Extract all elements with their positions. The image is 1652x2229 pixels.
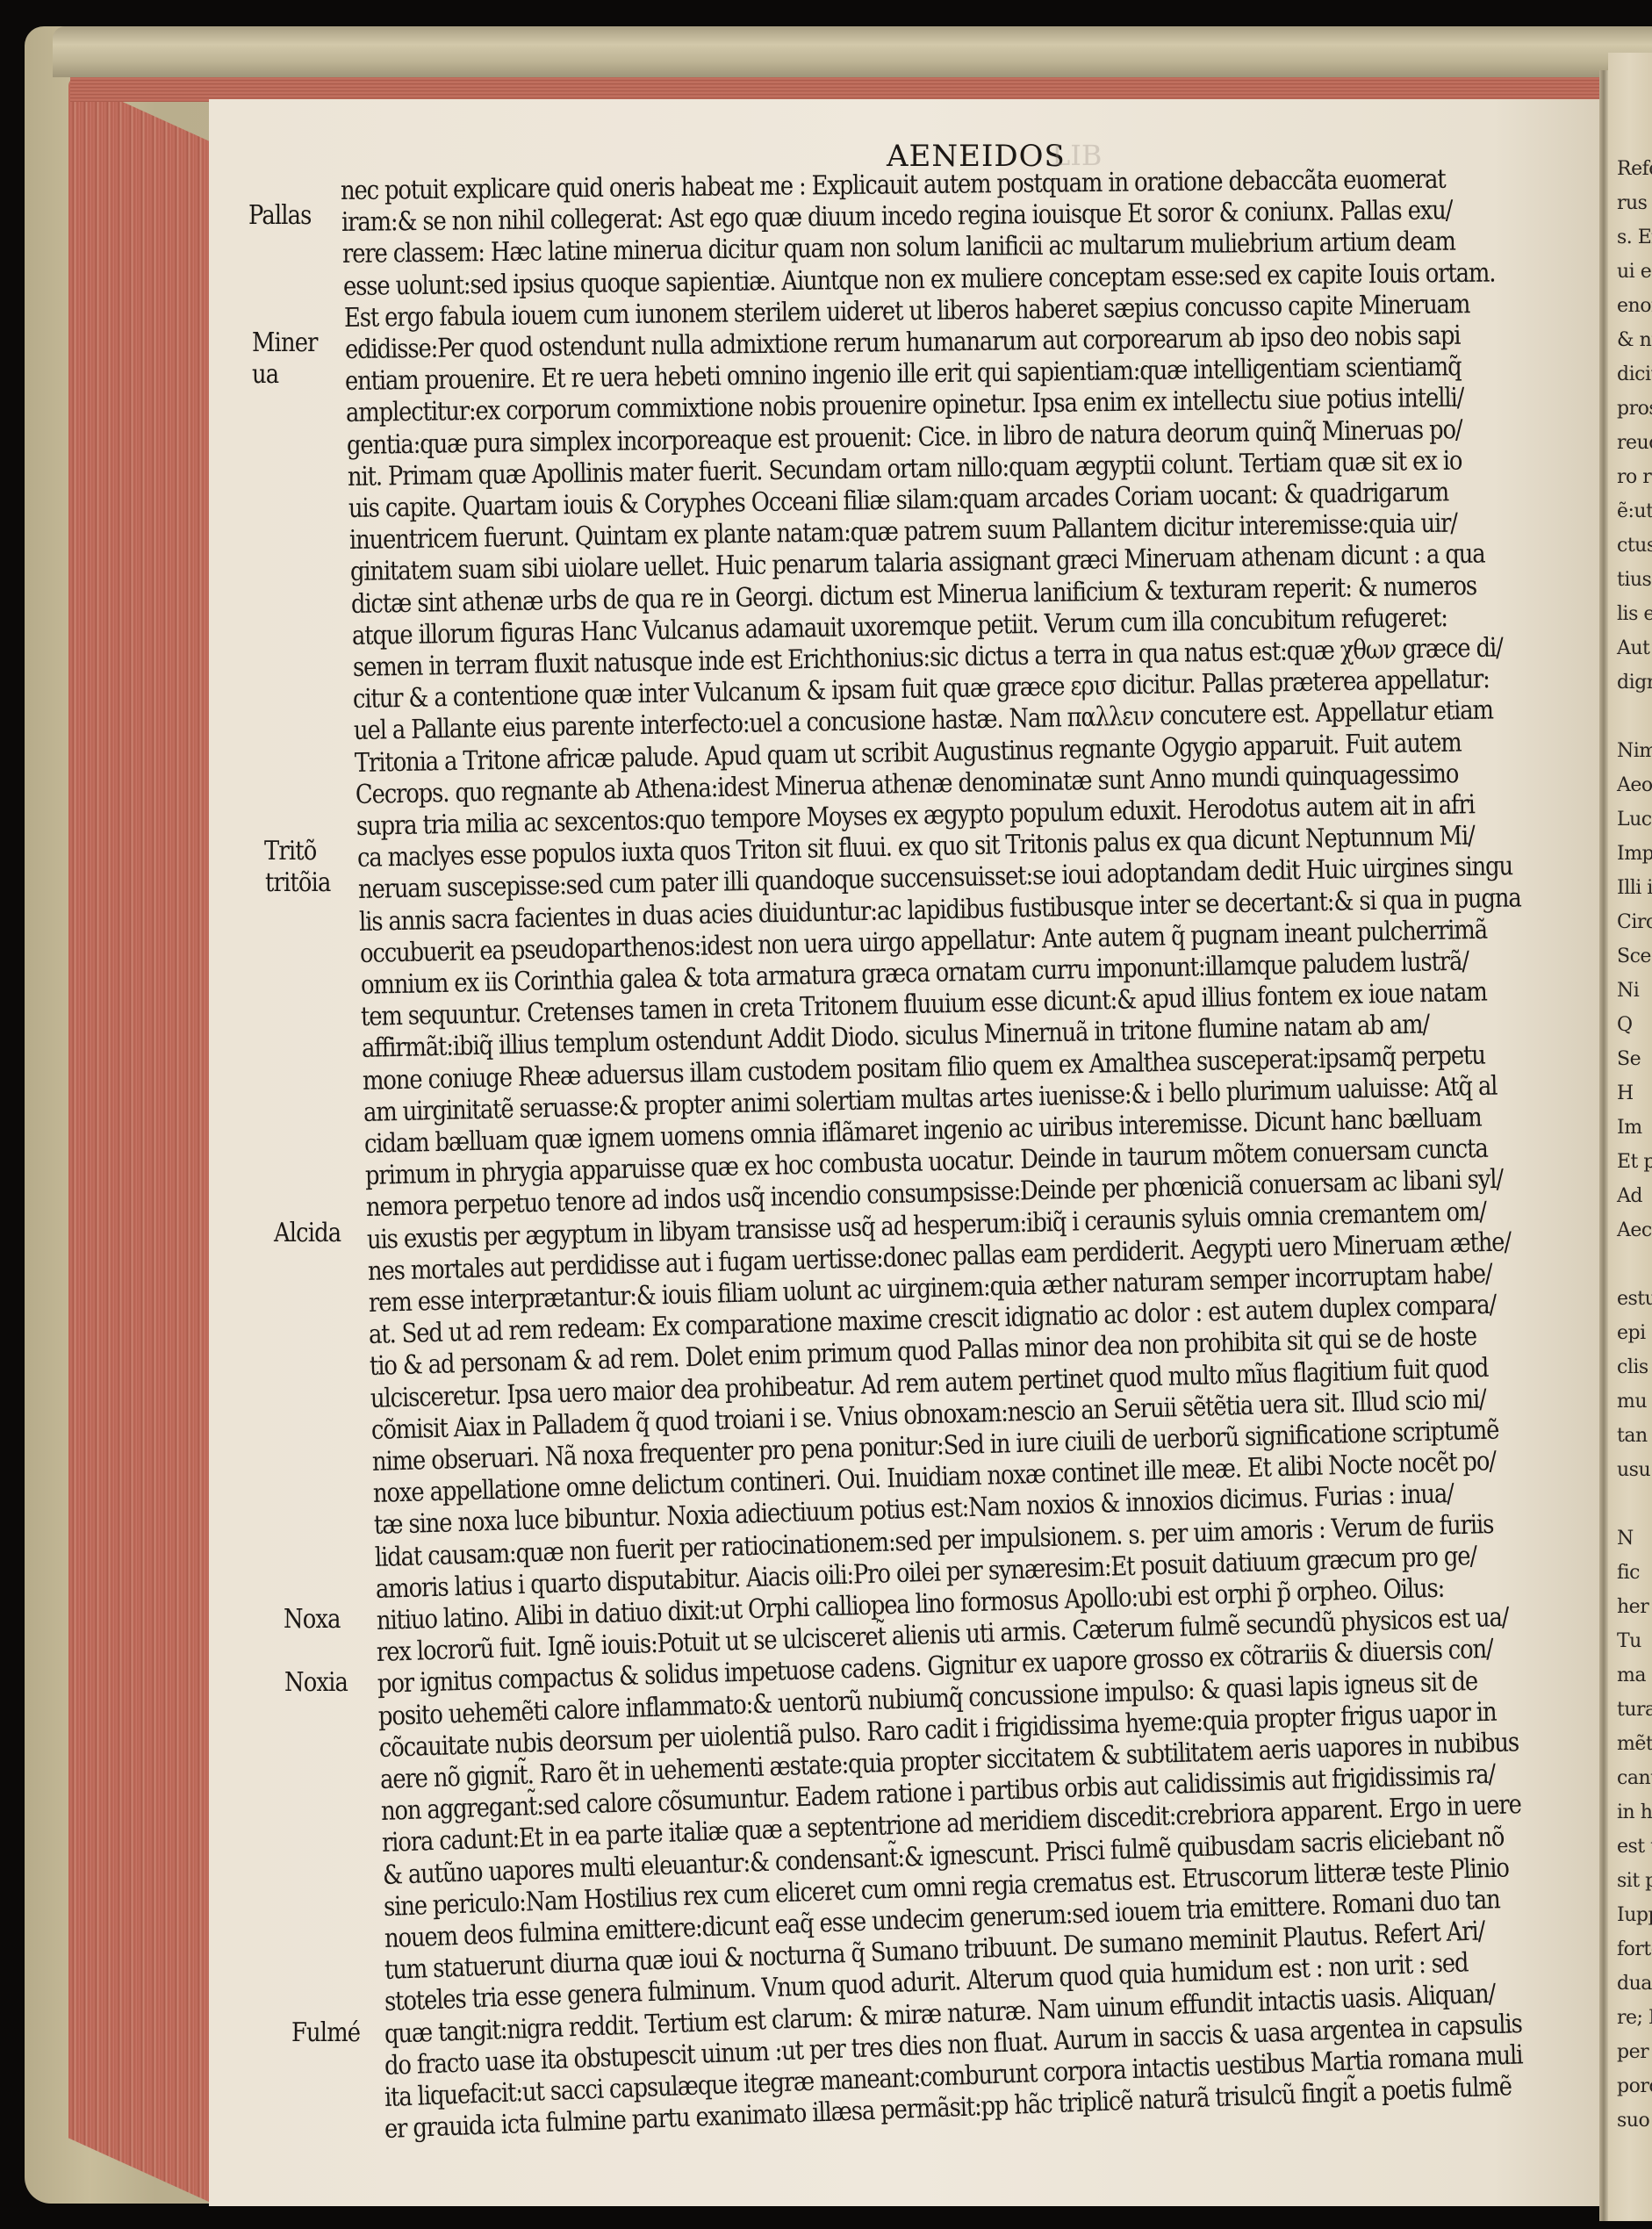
- facing-page-text-fragment: reuoluti: [1617, 432, 1652, 454]
- facing-page-text-fragment: Aut m: [1617, 637, 1652, 659]
- red-fore-edge-page-block: [68, 77, 209, 2202]
- facing-page-text-fragment: mẽt: [1617, 1733, 1652, 1755]
- facing-page-text-fragment: Illi in: [1617, 877, 1652, 899]
- facing-page-text-fragment: Se: [1617, 1048, 1641, 1070]
- facing-page-text-fragment: est tr: [1617, 1836, 1652, 1858]
- book-gutter: [1599, 70, 1608, 2221]
- facing-page-text-fragment: ui est sin: [1617, 261, 1652, 283]
- facing-page-text-fragment: Luct: [1617, 809, 1652, 830]
- facing-page-text-fragment: Et p: [1617, 1151, 1652, 1173]
- facing-page-text-fragment: N: [1617, 1528, 1634, 1550]
- red-top-edge: [70, 77, 1615, 102]
- marginal-note: ua: [252, 359, 278, 390]
- facing-page-text-fragment: dignat: [1617, 672, 1652, 694]
- facing-page-text-fragment: tan: [1617, 1425, 1648, 1447]
- facing-page-text-fragment: Aeol: [1617, 774, 1652, 796]
- facing-page-text-fragment: Imp: [1617, 843, 1652, 865]
- facing-page-text-fragment: Circ: [1617, 911, 1652, 933]
- facing-page-right: Refert Arus Horas. Exaggui est sinenoran…: [1608, 53, 1652, 2221]
- facing-page-text-fragment: re; N: [1617, 2007, 1652, 2029]
- facing-page-text-fragment: Aec: [1617, 1219, 1652, 1241]
- binding-top-edge: [53, 26, 1652, 77]
- facing-page-text-fragment: Iupp: [1617, 1904, 1652, 1926]
- facing-page-text-fragment: canu: [1617, 1767, 1652, 1789]
- facing-page-text-fragment: prosterni: [1617, 398, 1652, 420]
- facing-page-text-fragment: porc: [1617, 2075, 1652, 2097]
- facing-page-text-fragment: Q: [1617, 1014, 1633, 1036]
- facing-page-text-fragment: dicit : qu: [1617, 363, 1652, 385]
- facing-page-text-fragment: ro rto uo: [1617, 466, 1652, 488]
- facing-page-text-fragment: tius abu: [1617, 569, 1652, 591]
- facing-page-text-fragment: forte: [1617, 1938, 1652, 1960]
- facing-page-text-fragment: ctus gla: [1617, 535, 1652, 557]
- facing-page-text-fragment: ma: [1617, 1665, 1646, 1686]
- facing-page-text-fragment: tura: [1617, 1699, 1652, 1721]
- marginal-note: Pallas: [248, 200, 312, 231]
- facing-page-text-fragment: clis: [1617, 1356, 1648, 1378]
- facing-page-text-fragment: Refert A: [1617, 158, 1652, 180]
- marginal-note: Noxa: [284, 1604, 341, 1635]
- facing-page-text-fragment: Ad: [1617, 1185, 1642, 1207]
- facing-page-text-fragment: rus Hora: [1617, 192, 1652, 214]
- facing-page-text-fragment: in ho: [1617, 1801, 1652, 1823]
- facing-page-text-fragment: Sce: [1617, 946, 1651, 967]
- marginal-note: Fulmé: [291, 2017, 360, 2048]
- facing-page-text-fragment: Nim: [1617, 740, 1652, 762]
- facing-page-text-fragment: Ni: [1617, 980, 1639, 1002]
- facing-page-text-fragment: s. Exagg: [1617, 226, 1652, 248]
- facing-page-text-fragment: H: [1617, 1082, 1634, 1104]
- marginal-note: Alcida: [274, 1218, 341, 1248]
- facing-page-text-fragment: fic: [1617, 1562, 1640, 1584]
- facing-page-text-fragment: enorant: [1617, 295, 1652, 317]
- marginal-note: Tritõ: [264, 836, 316, 866]
- marginal-note: Noxia: [284, 1667, 348, 1698]
- facing-page-text-fragment: ẽ:ut Sed: [1617, 500, 1652, 522]
- facing-page-text-fragment: her: [1617, 1596, 1648, 1618]
- facing-page-text-fragment: usu: [1617, 1459, 1650, 1481]
- facing-page-text-fragment: per q: [1617, 2041, 1652, 2063]
- marginal-note: Miner: [252, 327, 318, 358]
- facing-page-text-fragment: sit pa: [1617, 1870, 1652, 1892]
- facing-page-text-fragment: epi: [1617, 1322, 1646, 1344]
- facing-page-text-fragment: mu: [1617, 1391, 1647, 1413]
- facing-page-text-fragment: estu: [1617, 1288, 1652, 1310]
- facing-page-text-fragment: lis est re: [1617, 603, 1652, 625]
- facing-page-text-fragment: suo r: [1617, 2110, 1652, 2132]
- facing-page-text-fragment: & nubiu: [1617, 329, 1652, 351]
- facing-page-text-fragment: duas: [1617, 1973, 1652, 1995]
- facing-page-text-fragment: Tu: [1617, 1630, 1641, 1652]
- facing-page-text-fragment: Im: [1617, 1117, 1642, 1139]
- marginal-note: tritõia: [265, 867, 330, 898]
